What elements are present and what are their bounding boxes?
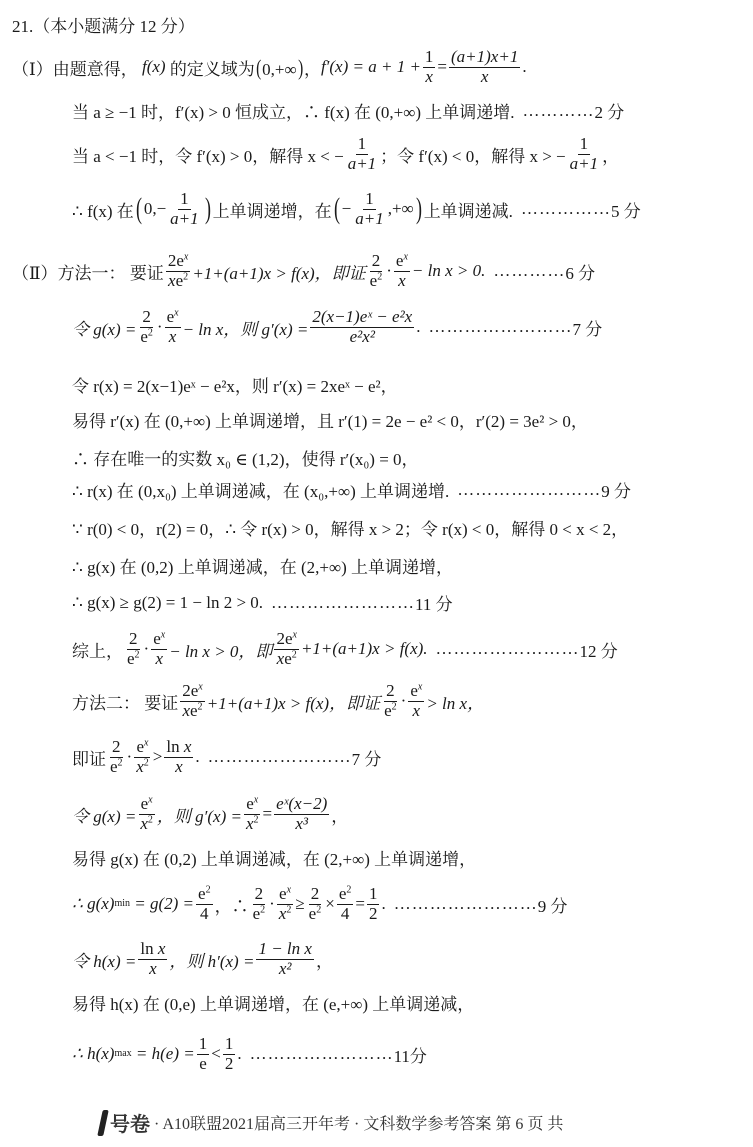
fraction: 2e2 — [251, 885, 268, 923]
text: 令 h(x) = — [72, 947, 136, 972]
score: 9 分 — [538, 892, 568, 917]
text: ∴ r(x) 在 (0,x₀) 上单调递减，在 (x₀,+∞) 上单调递增. — [72, 477, 449, 502]
score-dots: …………………… — [457, 480, 601, 500]
text: − ln x，则 g′(x) = — [183, 315, 309, 340]
part1-label: （Ⅰ） — [12, 55, 53, 80]
text: +1+(a+1)x > f(x). — [301, 639, 428, 659]
part2-m2-line3: 令 g(x) = exx2 ，则 g′(x) = exx2=eˣ(x−2)x³， — [72, 795, 348, 833]
score-dots: …………………… — [250, 1044, 394, 1064]
part2-label: （Ⅱ） — [12, 259, 58, 284]
score-dots: …………………… — [428, 317, 572, 337]
score: 7 分 — [572, 315, 602, 340]
score-dots: ………… — [523, 101, 595, 121]
score: 11分 — [394, 1042, 427, 1067]
score-dots: …………………… — [208, 747, 352, 767]
text: 由题意得， — [53, 55, 138, 80]
fraction: exx2 — [244, 795, 261, 833]
text: ∴ g(x) — [72, 894, 114, 914]
fraction: 2e2 — [125, 630, 142, 668]
text: ∴ h(x) — [72, 1044, 114, 1064]
text: ，∴ — [215, 892, 249, 917]
fraction: exx — [408, 682, 424, 720]
text: +1+(a+1)x > f(x)，即证 — [192, 259, 365, 284]
text: ∴ f(x) 在 — [72, 197, 134, 222]
fraction: 12 — [367, 885, 380, 923]
text: ，则 g′(x) = — [157, 802, 242, 827]
fraction: 1a+1 — [168, 190, 200, 228]
fraction: (a+1)x+1x — [449, 48, 520, 86]
part2-m2-line7: 易得 h(x) 在 (0,e) 上单调递增，在 (e,+∞) 上单调递减， — [72, 990, 474, 1015]
text: = g(2) = — [134, 894, 194, 914]
fraction: exx — [165, 308, 181, 346]
text: +1+(a+1)x > f(x)，即证 — [207, 689, 380, 714]
part2-m1-line7: ∵ r(0) < 0，r(2) = 0，∴ 令 r(x) > 0，解得 x > … — [72, 515, 628, 540]
part1-line3: 当 a < −1 时，令 f′(x) > 0，解得 x < − 1a+1 ；令 … — [72, 135, 619, 173]
part2-m1-line5: ∴ 存在唯一的实数 x₀ ∈ (1,2)，使得 r′(x₀) = 0， — [72, 445, 419, 470]
text: 综上， — [72, 637, 123, 662]
fraction: 1 − ln xx² — [256, 940, 314, 978]
fraction: exx2 — [134, 738, 151, 776]
part2-m2-line6: 令 h(x) = ln xx ，则 h′(x) = 1 − ln xx²， — [72, 940, 333, 978]
fraction: 2e2 — [382, 682, 399, 720]
score: 12 分 — [580, 637, 618, 662]
text: 上单调递减. — [424, 197, 513, 222]
part2-m1-line8: ∴ g(x) 在 (0,2) 上单调递减，在 (2,+∞) 上单调递增， — [72, 553, 453, 578]
text: > ln x， — [426, 689, 484, 714]
score-dots: …………………… — [394, 894, 538, 914]
fraction: 2e2 — [307, 885, 324, 923]
part1-line4: ∴ f(x) 在 (0,−1a+1) 上单调递增，在 (−1a+1,+∞) 上单… — [72, 190, 641, 228]
fraction: 1e — [197, 1035, 210, 1073]
text: 当 a < −1 时，令 f′(x) > 0，解得 x < − — [72, 142, 344, 167]
score: 11 分 — [415, 590, 453, 615]
score-dots: ………… — [493, 261, 565, 281]
fraction: ln xx — [164, 738, 193, 776]
fraction: 2exxe2 — [274, 630, 299, 668]
score: 2 分 — [595, 98, 625, 123]
score: 9 分 — [601, 477, 631, 502]
part2-m2-line2: 即证 2e2·exx2>ln xx. …………………… 7 分 — [72, 738, 381, 776]
score-dots: …………………… — [436, 639, 580, 659]
fraction: 1x — [423, 48, 436, 86]
fraction: eˣ(x−2)x³ — [274, 795, 329, 833]
text: 易得 r′(x) 在 (0,+∞) 上单调递增，且 r′(1) = 2e − e… — [72, 407, 588, 432]
math: (0,+∞)， — [255, 55, 321, 80]
comma: ， — [602, 142, 619, 167]
fraction: 2e2 — [368, 252, 385, 290]
brush-stroke-icon — [97, 1110, 109, 1136]
fraction: exx2 — [277, 885, 294, 923]
text: 的定义域为 — [170, 55, 255, 80]
text: 令 r(x) = 2(x−1)eˣ − e²x，则 r′(x) = 2xeˣ −… — [72, 372, 398, 397]
part2-m1-line1: （Ⅱ） 方法一： 要证 2exxe2 +1+(a+1)x > f(x)，即证 2… — [12, 252, 595, 290]
text: 上单调递增，在 — [213, 197, 332, 222]
part2-m1-line9: ∴ g(x) ≥ g(2) = 1 − ln 2 > 0. …………………… 1… — [72, 590, 453, 615]
fraction: ln xx — [138, 940, 167, 978]
method-title: 方法一： — [58, 259, 126, 284]
question-header: 21.（本小题满分 12 分） — [12, 12, 195, 37]
text: ∴ 存在唯一的实数 x₀ ∈ (1,2)，使得 r′(x₀) = 0， — [72, 445, 419, 470]
fraction: 2e2 — [108, 738, 125, 776]
text: 即证 — [72, 745, 106, 770]
fraction: 1a+1 — [353, 190, 385, 228]
text: ，则 h′(x) = — [169, 947, 254, 972]
score: 5 分 — [611, 197, 641, 222]
text: ∴ g(x) 在 (0,2) 上单调递减，在 (2,+∞) 上单调递增， — [72, 553, 453, 578]
part2-m1-line6: ∴ r(x) 在 (0,x₀) 上单调递减，在 (x₀,+∞) 上单调递增. …… — [72, 477, 631, 502]
fraction: 1a+1 — [346, 135, 378, 173]
fraction: 1a+1 — [568, 135, 600, 173]
part2-m1-line4: 易得 r′(x) 在 (0,+∞) 上单调递增，且 r′(1) = 2e − e… — [72, 407, 588, 432]
part1-line1: （Ⅰ） 由题意得， f(x) 的定义域为 (0,+∞)， f′(x) = a +… — [12, 48, 527, 86]
math: f(x) — [138, 57, 170, 77]
method-title: 方法二： — [72, 689, 140, 714]
fraction: 2exxe2 — [166, 252, 191, 290]
footer-text: · A10联盟2021届高三开年考 · 文科数学参考答案 第 6 页 共 — [154, 1111, 563, 1134]
period: . — [522, 57, 526, 77]
score: 6 分 — [565, 259, 595, 284]
fraction: exx — [151, 630, 167, 668]
math: f′(x) = a + 1 + — [321, 57, 421, 77]
score-dots: …………………… — [271, 593, 415, 613]
part2-m2-line4: 易得 g(x) 在 (0,2) 上单调递减，在 (2,+∞) 上单调递增， — [72, 845, 476, 870]
page-footer: 号卷 · A10联盟2021届高三开年考 · 文科数学参考答案 第 6 页 共 — [100, 1108, 563, 1137]
text: 要证 — [130, 259, 164, 284]
part2-m1-line2: 令 g(x) = 2e2·exx − ln x，则 g′(x) = 2(x−1)… — [72, 308, 602, 346]
fraction: e24 — [196, 885, 213, 923]
text: ∴ g(x) ≥ g(2) = 1 − ln 2 > 0. — [72, 593, 263, 613]
text: − ln x > 0. — [412, 261, 485, 281]
text: = h(e) = — [136, 1044, 195, 1064]
fraction: e24 — [337, 885, 354, 923]
fraction: 2(x−1)eˣ − e²xe²x² — [310, 308, 414, 346]
part2-m2-line1: 方法二： 要证 2exxe2 +1+(a+1)x > f(x)，即证 2e2·e… — [72, 682, 484, 720]
math: = — [437, 57, 447, 77]
text: ∵ r(0) < 0，r(2) = 0，∴ 令 r(x) > 0，解得 x > … — [72, 515, 628, 540]
part2-m1-line10: 综上， 2e2·exx − ln x > 0，即 2exxe2 +1+(a+1)… — [72, 630, 618, 668]
logo-text: 号卷 — [110, 1108, 150, 1137]
score-dots: …………… — [521, 199, 611, 219]
text: 当 a ≥ −1 时，f′(x) > 0 恒成立，∴ f(x) 在 (0,+∞)… — [72, 98, 515, 123]
text: 易得 g(x) 在 (0,2) 上单调递减，在 (2,+∞) 上单调递增， — [72, 845, 476, 870]
fraction: 2e2 — [138, 308, 155, 346]
text: 易得 h(x) 在 (0,e) 上单调递增，在 (e,+∞) 上单调递减， — [72, 990, 474, 1015]
part2-m2-line5: ∴ g(x)min = g(2) = e24 ，∴ 2e2·exx2≥2e2×e… — [72, 885, 567, 923]
part2-m2-line8: ∴ h(x)max = h(e) = 1e<12. …………………… 11分 — [72, 1035, 427, 1073]
text: 令 g(x) = — [72, 315, 136, 340]
text: 令 g(x) = — [72, 802, 136, 827]
brand-logo: 号卷 — [100, 1108, 150, 1137]
score: 7 分 — [352, 745, 382, 770]
fraction: exx — [394, 252, 410, 290]
fraction: exx2 — [138, 795, 155, 833]
fraction: 12 — [223, 1035, 236, 1073]
text: 要证 — [144, 689, 178, 714]
fraction: 2exxe2 — [180, 682, 205, 720]
part1-line2: 当 a ≥ −1 时，f′(x) > 0 恒成立，∴ f(x) 在 (0,+∞)… — [72, 98, 624, 123]
text: ；令 f′(x) < 0，解得 x > − — [380, 142, 565, 167]
text: − ln x > 0，即 — [169, 637, 272, 662]
part2-m1-line3: 令 r(x) = 2(x−1)eˣ − e²x，则 r′(x) = 2xeˣ −… — [72, 372, 398, 397]
